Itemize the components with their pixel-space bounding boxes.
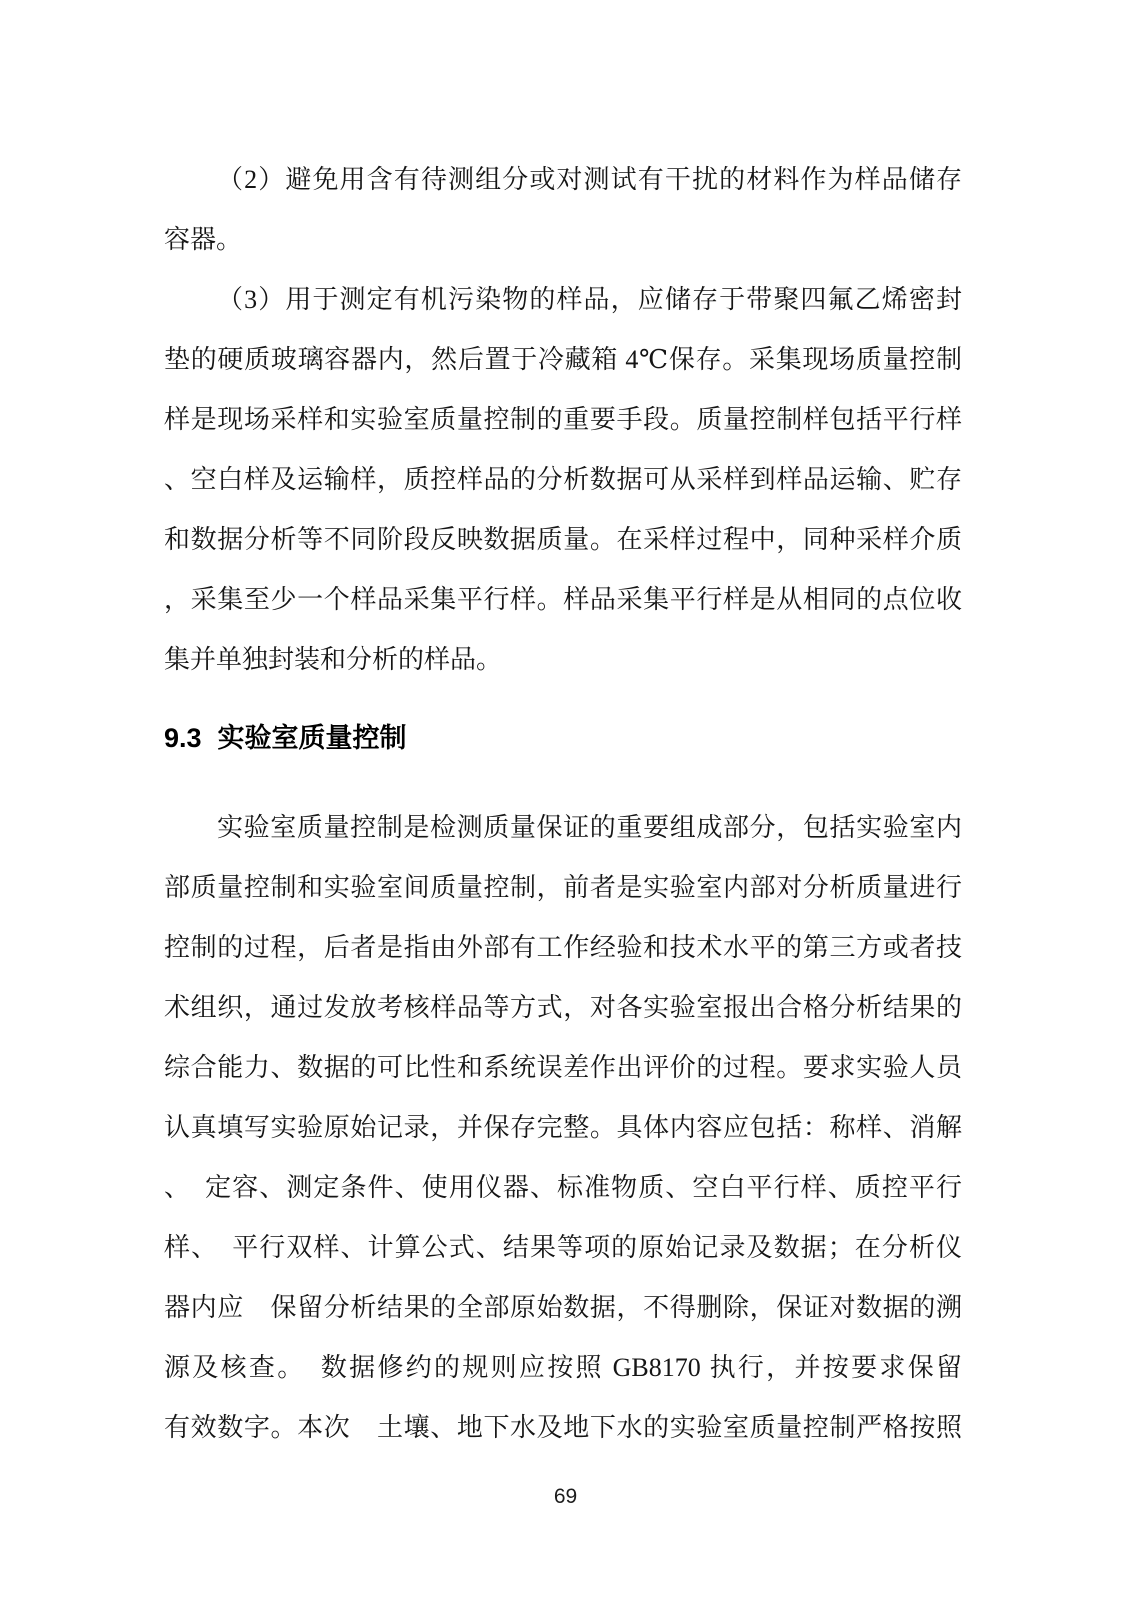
text-line: 样、 平行双样、计算公式、结果等项的原始记录及数据；在分析仪 <box>164 1218 962 1278</box>
paragraph-storage-item3: （3）用于测定有机污染物的样品，应储存于带聚四氟乙烯密封 垫的硬质玻璃容器内，然… <box>164 270 962 690</box>
text-line: 实验室质量控制是检测质量保证的重要组成部分，包括实验室内 <box>164 798 962 858</box>
text-line: 和数据分析等不同阶段反映数据质量。在采样过程中，同种采样介质 <box>164 510 962 570</box>
text-line: （2）避免用含有待测组分或对测试有干扰的材料作为样品储存 <box>164 150 962 210</box>
text-line: 有效数字。本次 土壤、地下水及地下水的实验室质量控制严格按照 <box>164 1398 962 1458</box>
text-line: 源及核查。 数据修约的规则应按照 GB8170 执行，并按要求保留 <box>164 1338 962 1398</box>
document-page: （2）避免用含有待测组分或对测试有干扰的材料作为样品储存 容器。 （3）用于测定… <box>0 0 1131 1600</box>
text-line: 、 定容、测定条件、使用仪器、标准物质、空白平行样、质控平行 <box>164 1158 962 1218</box>
text-line: 部质量控制和实验室间质量控制，前者是实验室内部对分析质量进行 <box>164 858 962 918</box>
text-line: ，采集至少一个样品采集平行样。样品采集平行样是从相同的点位收 <box>164 570 962 630</box>
page-number: 69 <box>0 1482 1131 1512</box>
section-number: 9.3 <box>164 708 202 768</box>
section-heading-9-3: 9.3实验室质量控制 <box>164 708 962 768</box>
page-content: （2）避免用含有待测组分或对测试有干扰的材料作为样品储存 容器。 （3）用于测定… <box>164 150 962 1458</box>
text-line: （3）用于测定有机污染物的样品，应储存于带聚四氟乙烯密封 <box>164 270 962 330</box>
text-line: 、空白样及运输样，质控样品的分析数据可从采样到样品运输、贮存 <box>164 450 962 510</box>
text-line: 综合能力、数据的可比性和系统误差作出评价的过程。要求实验人员 <box>164 1038 962 1098</box>
paragraph-storage-item2: （2）避免用含有待测组分或对测试有干扰的材料作为样品储存 容器。 <box>164 150 962 270</box>
text-line: 容器。 <box>164 210 962 270</box>
text-line: 垫的硬质玻璃容器内，然后置于冷藏箱 4℃保存。采集现场质量控制 <box>164 330 962 390</box>
text-line: 器内应 保留分析结果的全部原始数据，不得删除，保证对数据的溯 <box>164 1278 962 1338</box>
text-line: 样是现场采样和实验室质量控制的重要手段。质量控制样包括平行样 <box>164 390 962 450</box>
text-line: 认真填写实验原始记录，并保存完整。具体内容应包括：称样、消解 <box>164 1098 962 1158</box>
paragraph-lab-qc: 实验室质量控制是检测质量保证的重要组成部分，包括实验室内 部质量控制和实验室间质… <box>164 798 962 1458</box>
section-title: 实验室质量控制 <box>218 723 407 753</box>
text-line: 控制的过程，后者是指由外部有工作经验和技术水平的第三方或者技 <box>164 918 962 978</box>
text-line: 术组织，通过发放考核样品等方式，对各实验室报出合格分析结果的 <box>164 978 962 1038</box>
text-line: 集并单独封装和分析的样品。 <box>164 630 962 690</box>
